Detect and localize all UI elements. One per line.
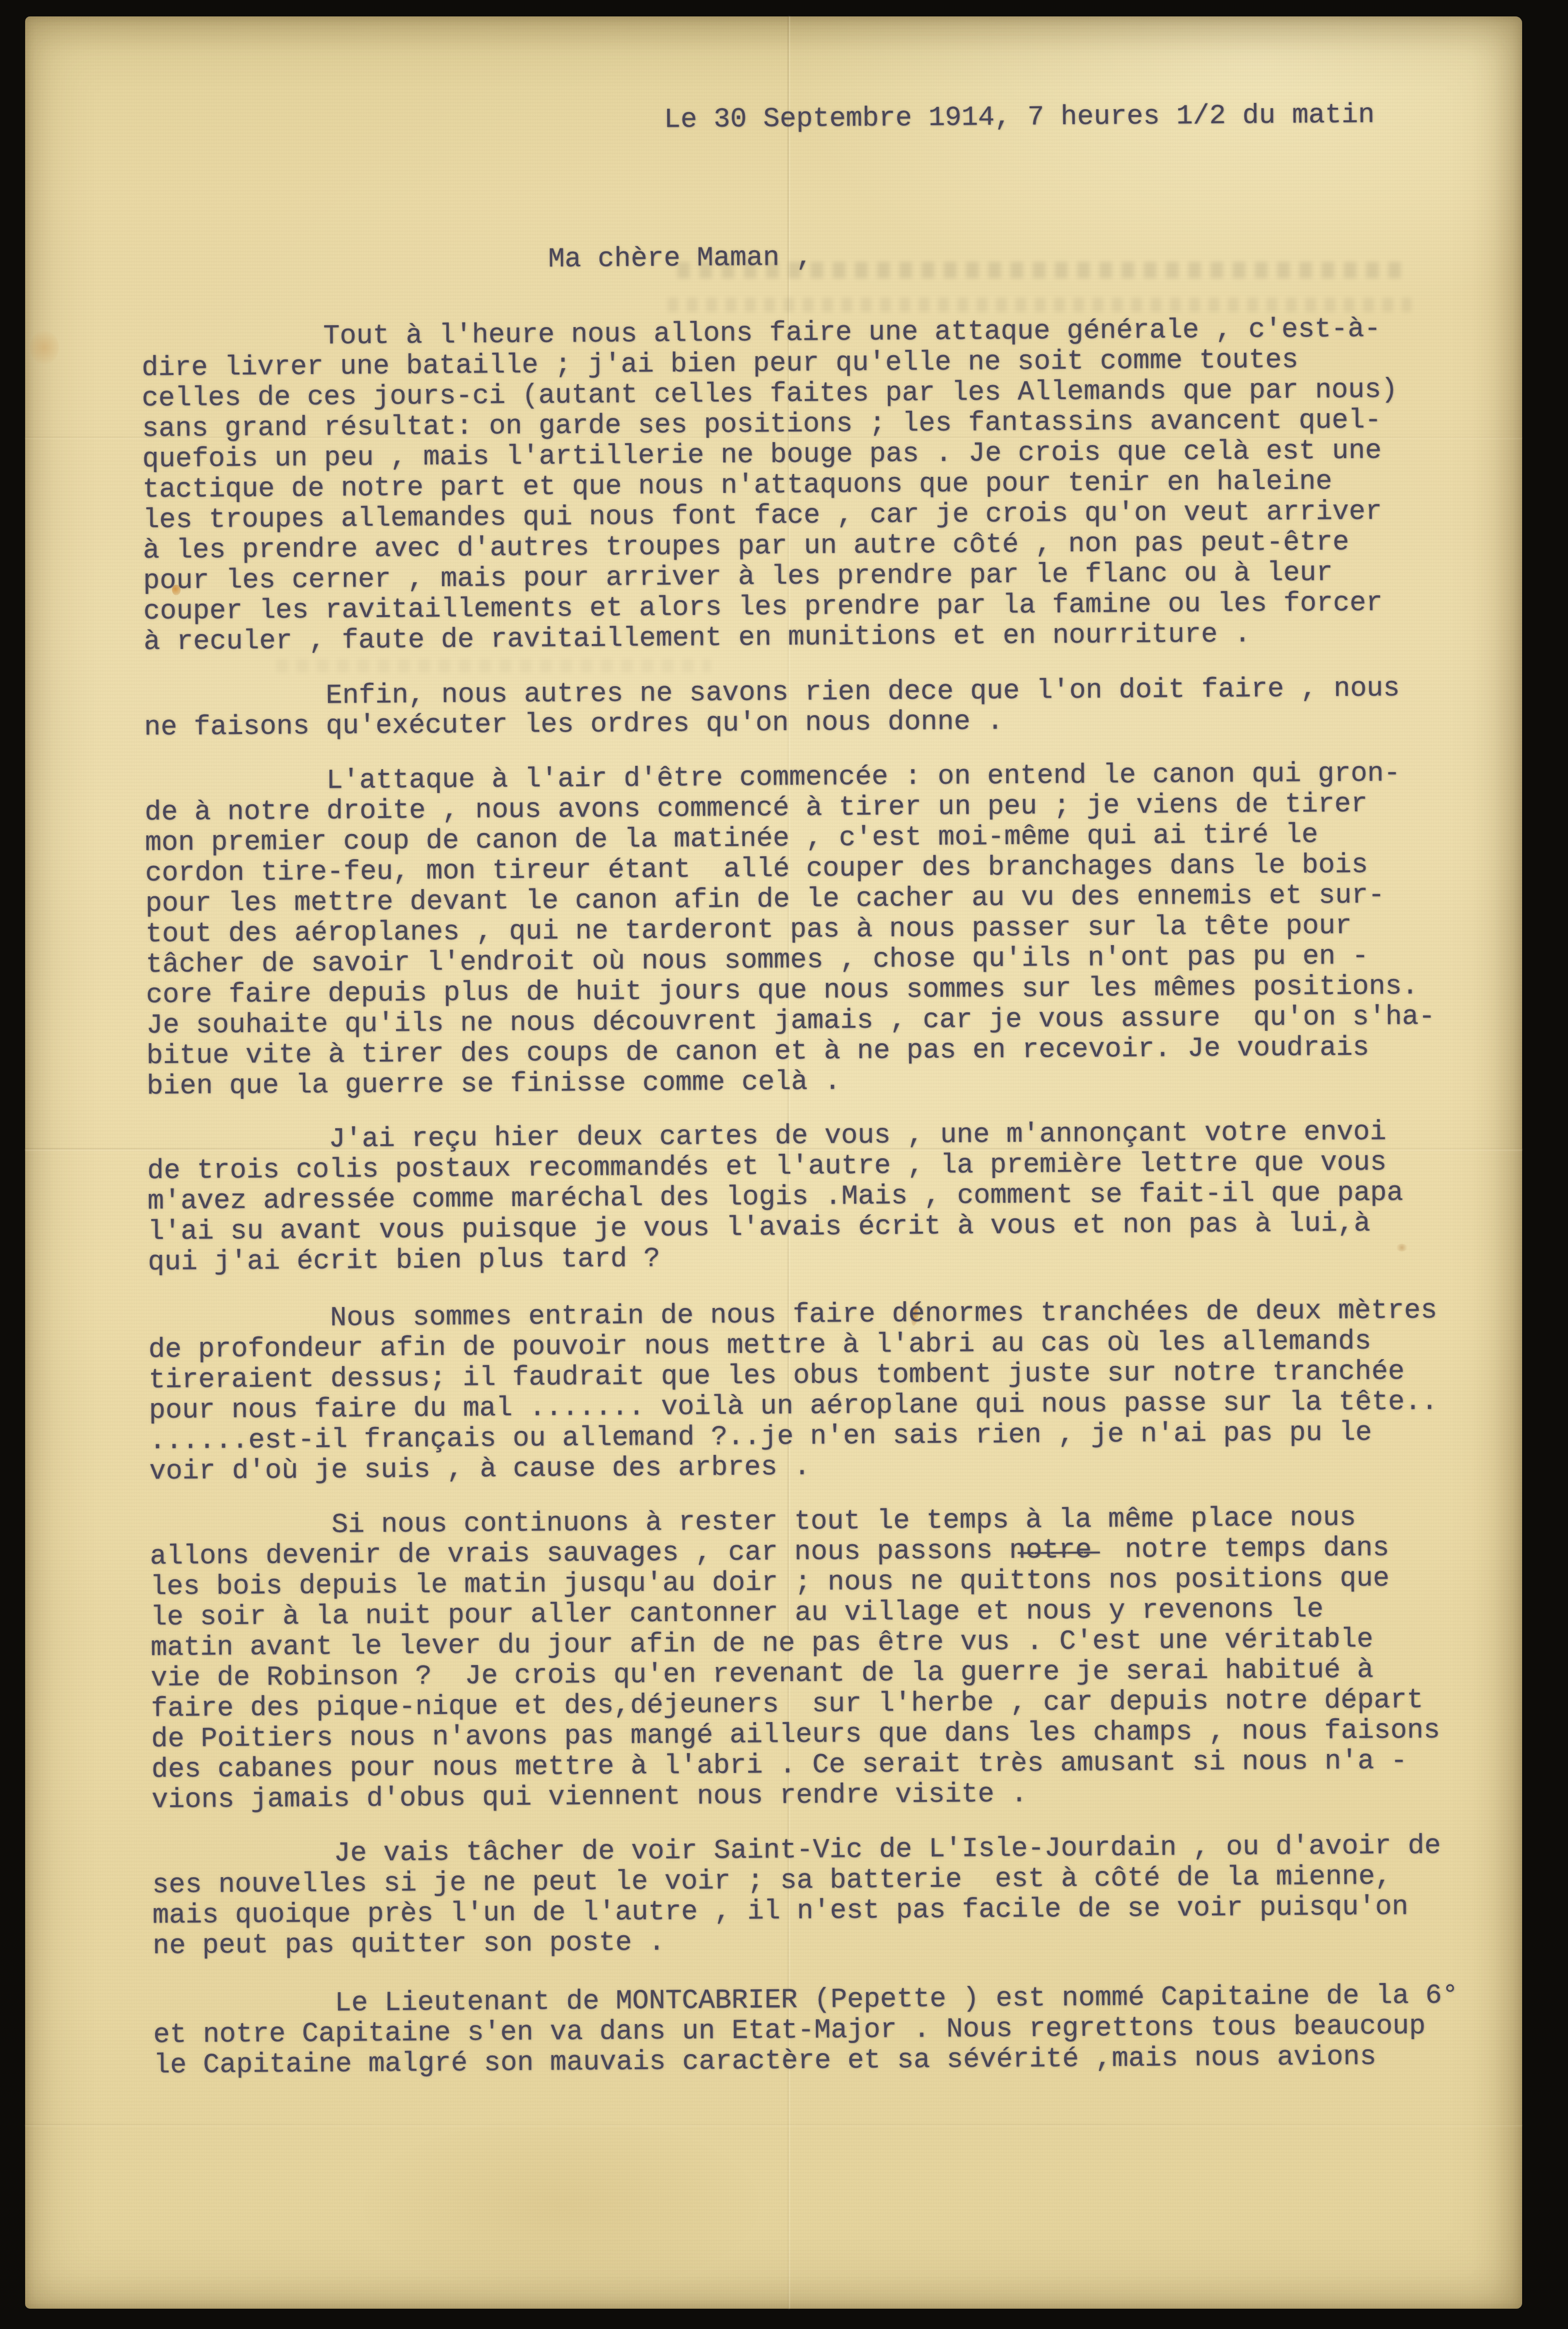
paragraph-trenches: Nous sommes entrain de nous faire dénorm… — [148, 1296, 1439, 1488]
typewritten-text-layer: Le 30 Septembre 1914, 7 heures 1/2 du ma… — [17, 7, 1530, 2310]
paragraph-cannon-fire: L'attaque à l'air d'être commencée : on … — [144, 759, 1436, 1103]
letter-page: Le 30 Septembre 1914, 7 heures 1/2 du ma… — [25, 16, 1522, 2309]
paragraph-attack-announcement: Tout à l'heure nous allons faire une att… — [142, 314, 1399, 658]
salutation: Ma chère Maman , — [548, 243, 813, 275]
paragraph-orders: Enfin, nous autres ne savons rien dece q… — [144, 674, 1400, 743]
paragraph-saint-vic: Je vais tâcher de voir Saint-Vic de L'Is… — [152, 1831, 1442, 1962]
paragraph-montcabrier: Le Lieutenant de MONTCABRIER (Pepette ) … — [153, 1981, 1459, 2081]
paragraph-received-cards: J'ai reçu hier deux cartes de vous , une… — [147, 1117, 1404, 1278]
paragraph-savage-life: Si nous continuons à rester tout le temp… — [150, 1503, 1440, 1816]
scanner-background: { "colors": { "scan_background": "#0d0c0… — [0, 0, 1568, 2329]
dateline: Le 30 Septembre 1914, 7 heures 1/2 du ma… — [664, 101, 1375, 136]
